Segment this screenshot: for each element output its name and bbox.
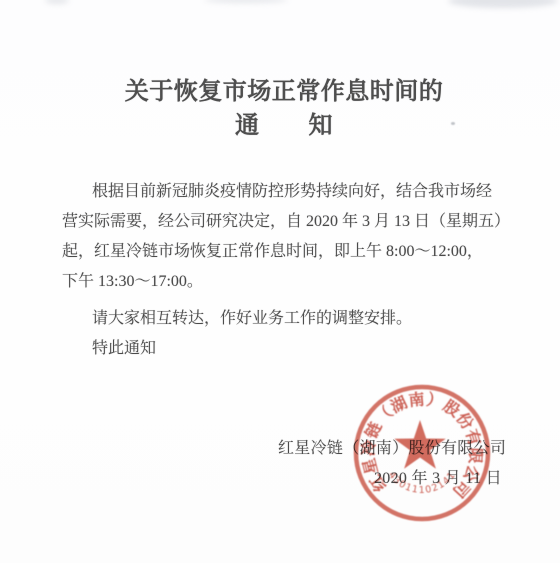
body-line: 营实际需要，经公司研究决定，自 2020 年 3 月 13 日（星期五） bbox=[62, 207, 514, 237]
notice-title-line2: 通 知 bbox=[4, 109, 560, 143]
notice-title: 关于恢复市场正常作息时间的 通 知 bbox=[4, 75, 560, 143]
signature-company: 红星冷链（湖南）股份有限公司 bbox=[278, 437, 506, 461]
body-line: 下午 13:30～17:00。 bbox=[62, 267, 514, 297]
body-line: 根据目前新冠肺炎疫情防控形势持续向好，结合我市场经 bbox=[62, 177, 514, 207]
signature-date: 2020 年 3 月 11 日 bbox=[374, 467, 502, 491]
scan-artifact bbox=[204, 0, 288, 3]
body-line: 起，红星冷链市场恢复正常作息时间，即上午 8:00～12:00， bbox=[62, 237, 514, 267]
body-paragraph-3: 特此通知 bbox=[62, 334, 514, 364]
notice-title-line1: 关于恢复市场正常作息时间的 bbox=[4, 75, 560, 109]
scan-artifact bbox=[45, 0, 69, 4]
scan-artifact bbox=[448, 0, 558, 8]
body-paragraph-2: 请大家相互转达，作好业务工作的调整安排。 bbox=[62, 304, 514, 334]
notice-document: 关于恢复市场正常作息时间的 通 知 根据目前新冠肺炎疫情防控形势持续向好，结合我… bbox=[0, 0, 560, 563]
notice-body: 根据目前新冠肺炎疫情防控形势持续向好，结合我市场经 营实际需要，经公司研究决定，… bbox=[62, 177, 514, 364]
